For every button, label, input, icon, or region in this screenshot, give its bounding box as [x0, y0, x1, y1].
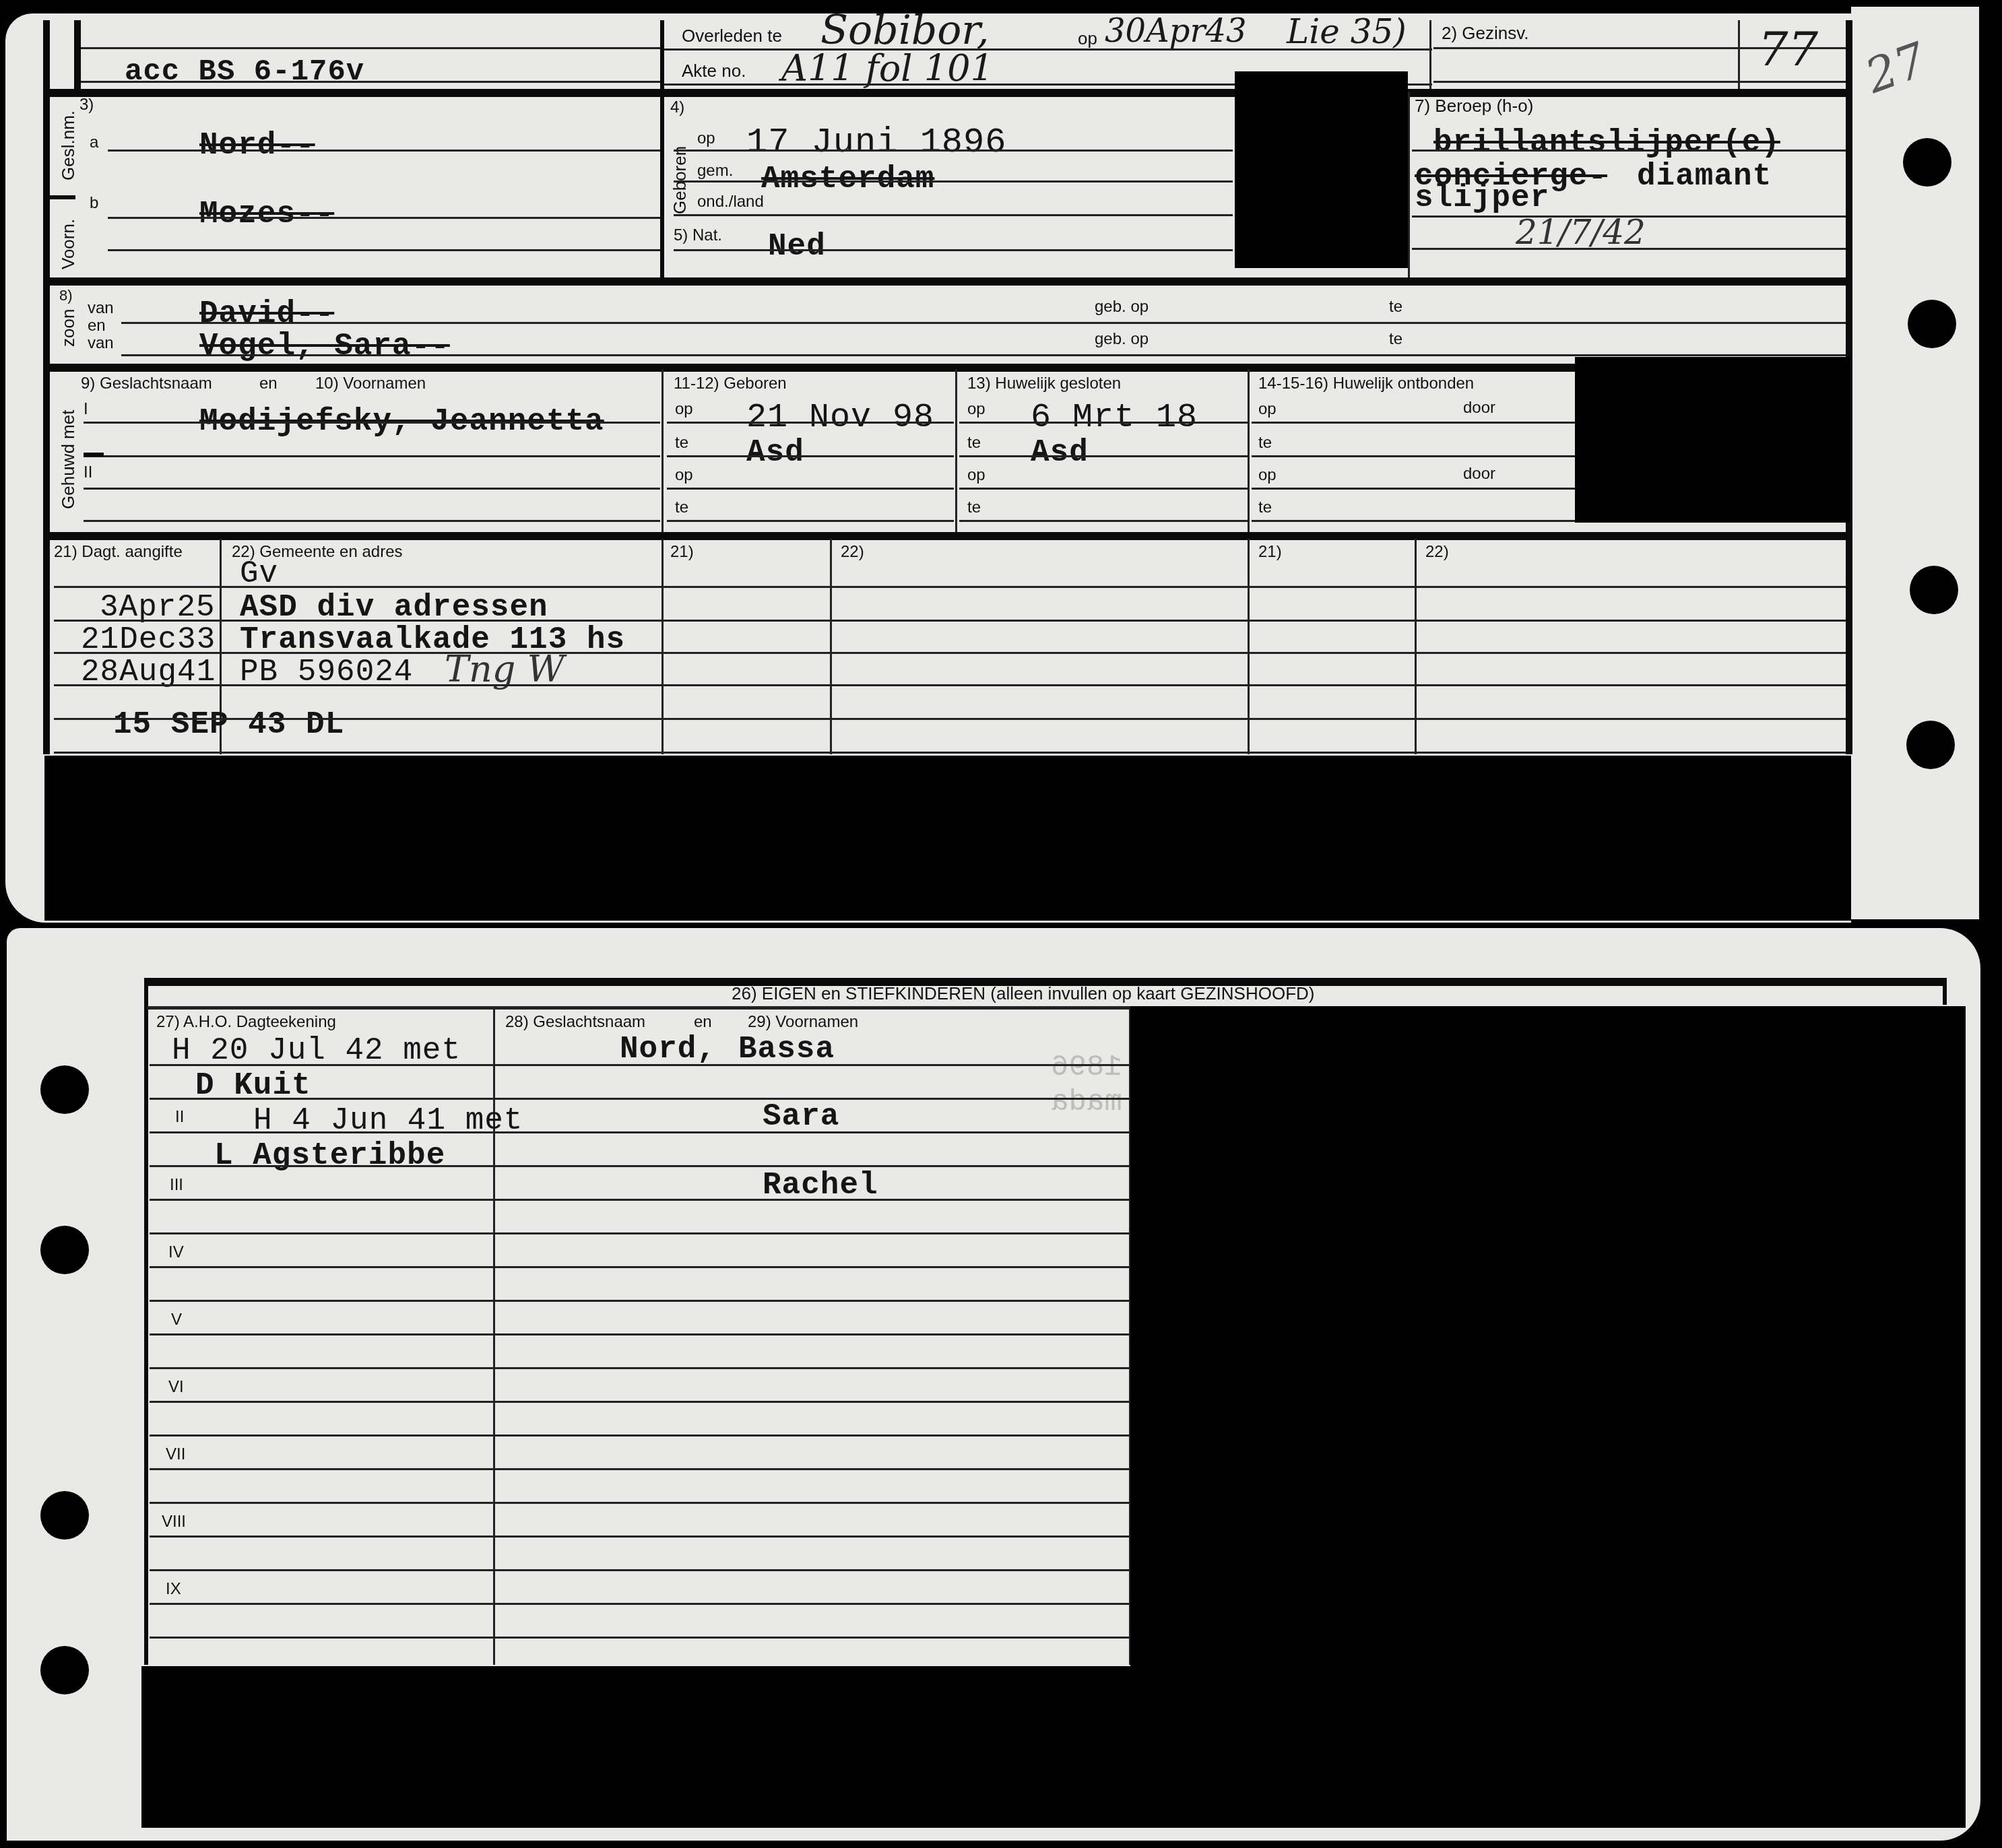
occupation-line3: slijper: [1415, 180, 1549, 216]
occupation-line2: diamant: [1637, 159, 1772, 194]
child-given-header: 29) Voornamen: [748, 1013, 858, 1032]
father-born-label: geb. op: [1095, 298, 1149, 317]
father-at-label: te: [1389, 298, 1402, 317]
child-1-surname: Nord,: [620, 1032, 716, 1067]
redaction-box: [44, 756, 1851, 921]
died-date: 30Apr43: [1105, 12, 1247, 50]
punch-hole-icon: [1910, 566, 1958, 614]
spouse-born-date: 21 Nov 98: [746, 399, 934, 437]
children-header: 26) EIGEN en STIEFKINDEREN (alleen invul…: [732, 983, 1315, 1004]
punch-hole-icon: [1906, 721, 1955, 769]
child-2-given: Sara: [763, 1099, 839, 1134]
child-surname-header: 28) Geslachtsnaam: [505, 1013, 645, 1032]
mother-born-label: geb. op: [1095, 330, 1149, 349]
redaction-box: [1130, 1006, 1966, 1666]
died-on-label: op: [1078, 28, 1097, 49]
family-label: 2) Gezinsv.: [1442, 23, 1529, 44]
marriage-date: 6 Mrt 18: [1031, 399, 1198, 437]
deregistration-stamp: 15 SEP 43 DL: [113, 707, 344, 742]
punch-hole-icon: [40, 1491, 89, 1540]
aho-line-1: H 20 Jul 42 met: [172, 1033, 461, 1068]
married-side-label: Gehuwd met: [58, 410, 79, 509]
family-mark: 77: [1758, 22, 1818, 77]
frame-left: [43, 20, 50, 754]
aho-line-4: L Agsteribbe: [214, 1138, 445, 1173]
address-date-header: 21) Dagt. aangifte: [54, 543, 183, 562]
birth-date: 17 Juni 1896: [746, 123, 1006, 162]
marriage-place: Asd: [1031, 435, 1089, 470]
occupation-date: 21/7/42: [1516, 213, 1646, 252]
mother-name: Vogel, Sara--: [199, 329, 450, 364]
punch-hole-icon: [40, 1646, 89, 1694]
frame-left-inner: [74, 20, 81, 91]
surname: Nord--: [199, 128, 315, 163]
given-side-label: Voorn.: [58, 219, 79, 269]
redaction-box: [1575, 357, 1850, 523]
punch-hole-icon: [40, 1226, 89, 1274]
nationality: Ned: [768, 229, 826, 264]
redaction-box: [141, 1666, 1966, 1828]
child-1-given: Bassa: [738, 1032, 835, 1067]
occupation-struck: brillantslijper(e): [1433, 125, 1780, 160]
occupation-label: 7) Beroep (h-o): [1415, 96, 1533, 117]
child-3-given: Rachel: [763, 1168, 878, 1203]
punch-hole-icon: [40, 1065, 89, 1114]
punch-hole-icon: [1903, 138, 1951, 187]
redaction-box: [1235, 71, 1408, 268]
header-divider: [43, 89, 1848, 97]
died-note: Lie 35): [1287, 12, 1407, 51]
parents-side-label: zoon: [58, 309, 79, 347]
given-names: Mozes--: [199, 197, 334, 232]
punch-hole-icon: [1908, 300, 1956, 348]
mother-at-label: te: [1389, 330, 1402, 349]
died-label: Overleden te: [682, 26, 782, 46]
birth-municipality: Amsterdam: [761, 162, 934, 197]
spouse-born-place: Asd: [746, 435, 804, 470]
surname-side-label: Gesl.nm.: [58, 110, 79, 180]
father-name: David--: [199, 296, 334, 331]
reference-number: acc BS 6-176v: [125, 55, 364, 89]
deed-label: Akte no.: [682, 61, 746, 81]
aho-header: 27) A.H.O. Dagteekening: [156, 1013, 336, 1032]
